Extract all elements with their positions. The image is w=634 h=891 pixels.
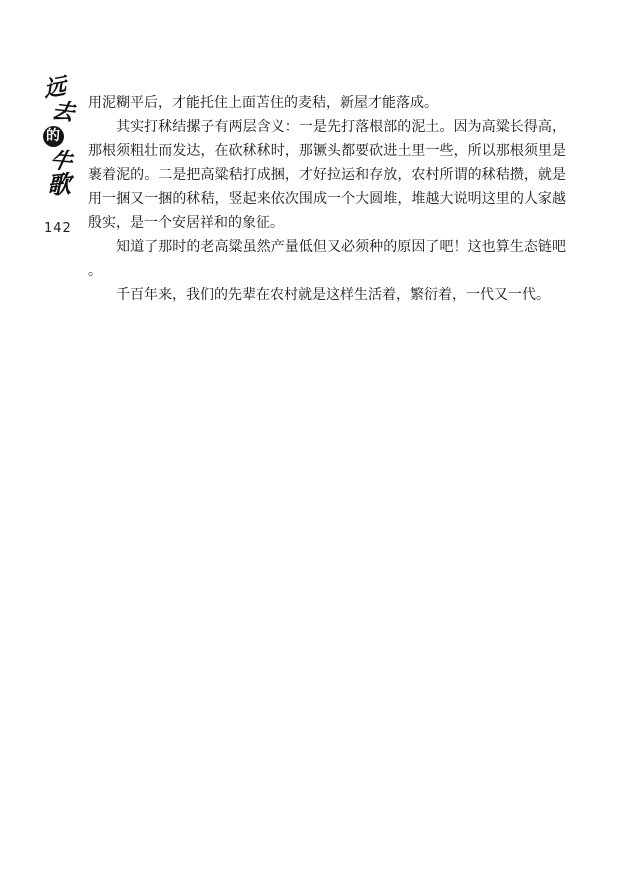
title-char-seal: 的 bbox=[43, 126, 64, 147]
title-char: 去 bbox=[50, 99, 76, 125]
paragraph: 知道了那时的老高粱虽然产量低但又必须种的原因了吧！这也算生态链吧。 bbox=[88, 236, 566, 284]
page-body-text: 用泥糊平后，才能托住上面苫住的麦秸，新屋才能落成。其实打秫结摞子有两层含义：一是… bbox=[88, 92, 566, 308]
page-number: 142 bbox=[44, 221, 72, 236]
book-title-calligraphy: 远去的牛歌 bbox=[34, 76, 82, 197]
paragraph: 其实打秫结摞子有两层含义：一是先打落根部的泥土。因为高粱长得高，那根须粗壮而发达… bbox=[88, 116, 566, 236]
title-char: 歌 bbox=[47, 172, 71, 198]
paragraph: 千百年来，我们的先辈在农村就是这样生活着，繁衍着，一代又一代。 bbox=[88, 284, 566, 308]
book-page: 远去的牛歌 142 用泥糊平后，才能托住上面苫住的麦秸，新屋才能落成。其实打秫结… bbox=[0, 0, 634, 891]
paragraph: 用泥糊平后，才能托住上面苫住的麦秸，新屋才能落成。 bbox=[88, 92, 566, 116]
